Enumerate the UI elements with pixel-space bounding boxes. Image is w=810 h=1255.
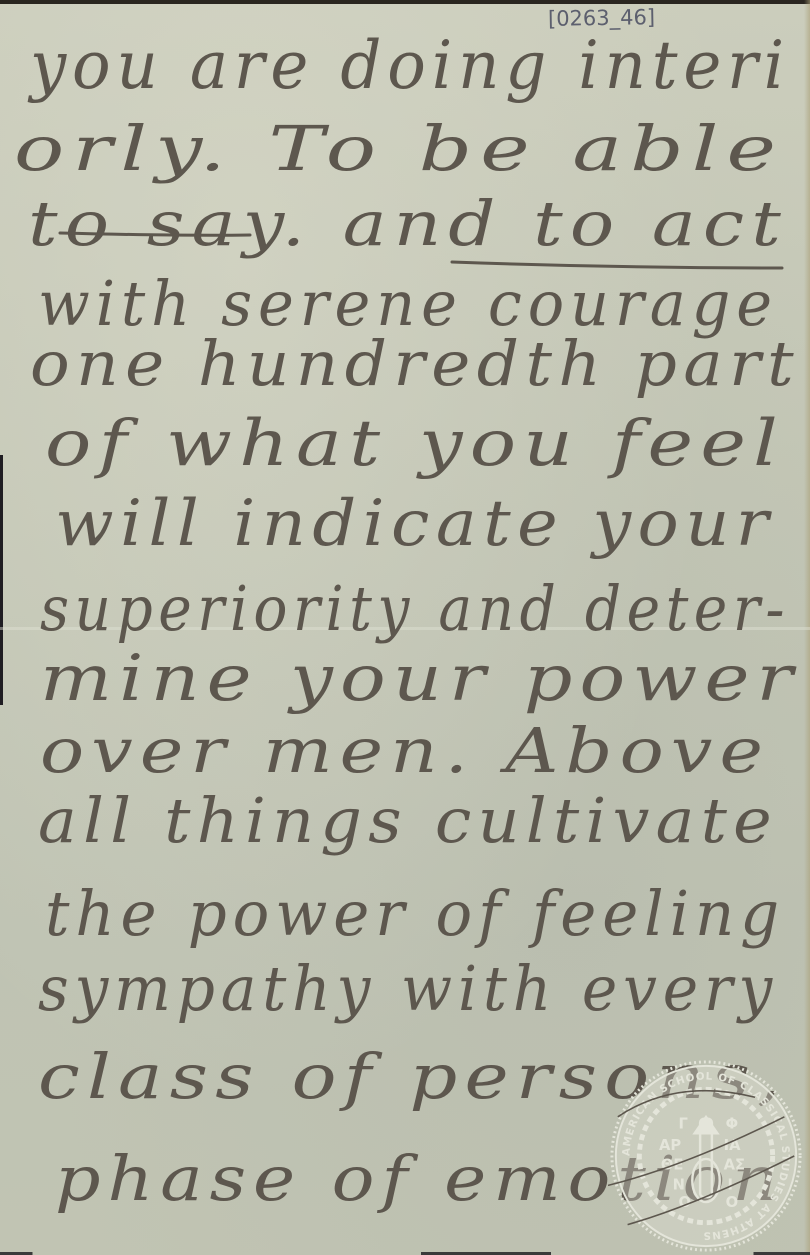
handwritten-line: one hundredth part (30, 327, 800, 400)
svg-text:ΙΑ: ΙΑ (724, 1137, 741, 1154)
letter-page: [0263_46] you are doing interi orly. To … (0, 0, 810, 1255)
svg-text:Ο: Ο (726, 1194, 739, 1211)
handwritten-line: to say. and to act (28, 187, 788, 260)
handwritten-line: will indicate your (55, 487, 775, 561)
svg-text:Ν: Ν (673, 1176, 685, 1193)
svg-text:ΑΣ: ΑΣ (724, 1157, 745, 1174)
handwritten-line: of what you feel (45, 407, 785, 481)
handwritten-line: sympathy with every (38, 952, 778, 1025)
svg-text:Γ: Γ (679, 1116, 688, 1133)
handwritten-line: over men. Above (40, 714, 770, 787)
handwritten-line: all things cultivate (38, 784, 778, 857)
svg-text:Ο: Ο (679, 1194, 692, 1211)
handwritten-line: orly. To be able (14, 112, 784, 185)
handwritten-line: you are doing interi (27, 27, 790, 104)
institution-seal-stamp: AMERICAN SCHOOL OF CLASSICAL STUDIES AT … (608, 1058, 804, 1254)
seal-outer-ring (616, 1066, 796, 1246)
svg-text:ΑΡ: ΑΡ (659, 1137, 681, 1154)
handwritten-lines: you are doing interi orly. To be able to… (14, 27, 800, 1215)
handwritten-line: mine your power (40, 642, 800, 716)
svg-text:Φ: Φ (726, 1116, 739, 1133)
handwritten-line: superiority and deter- (40, 572, 790, 645)
handwritten-line: the power of feeling (45, 877, 785, 950)
